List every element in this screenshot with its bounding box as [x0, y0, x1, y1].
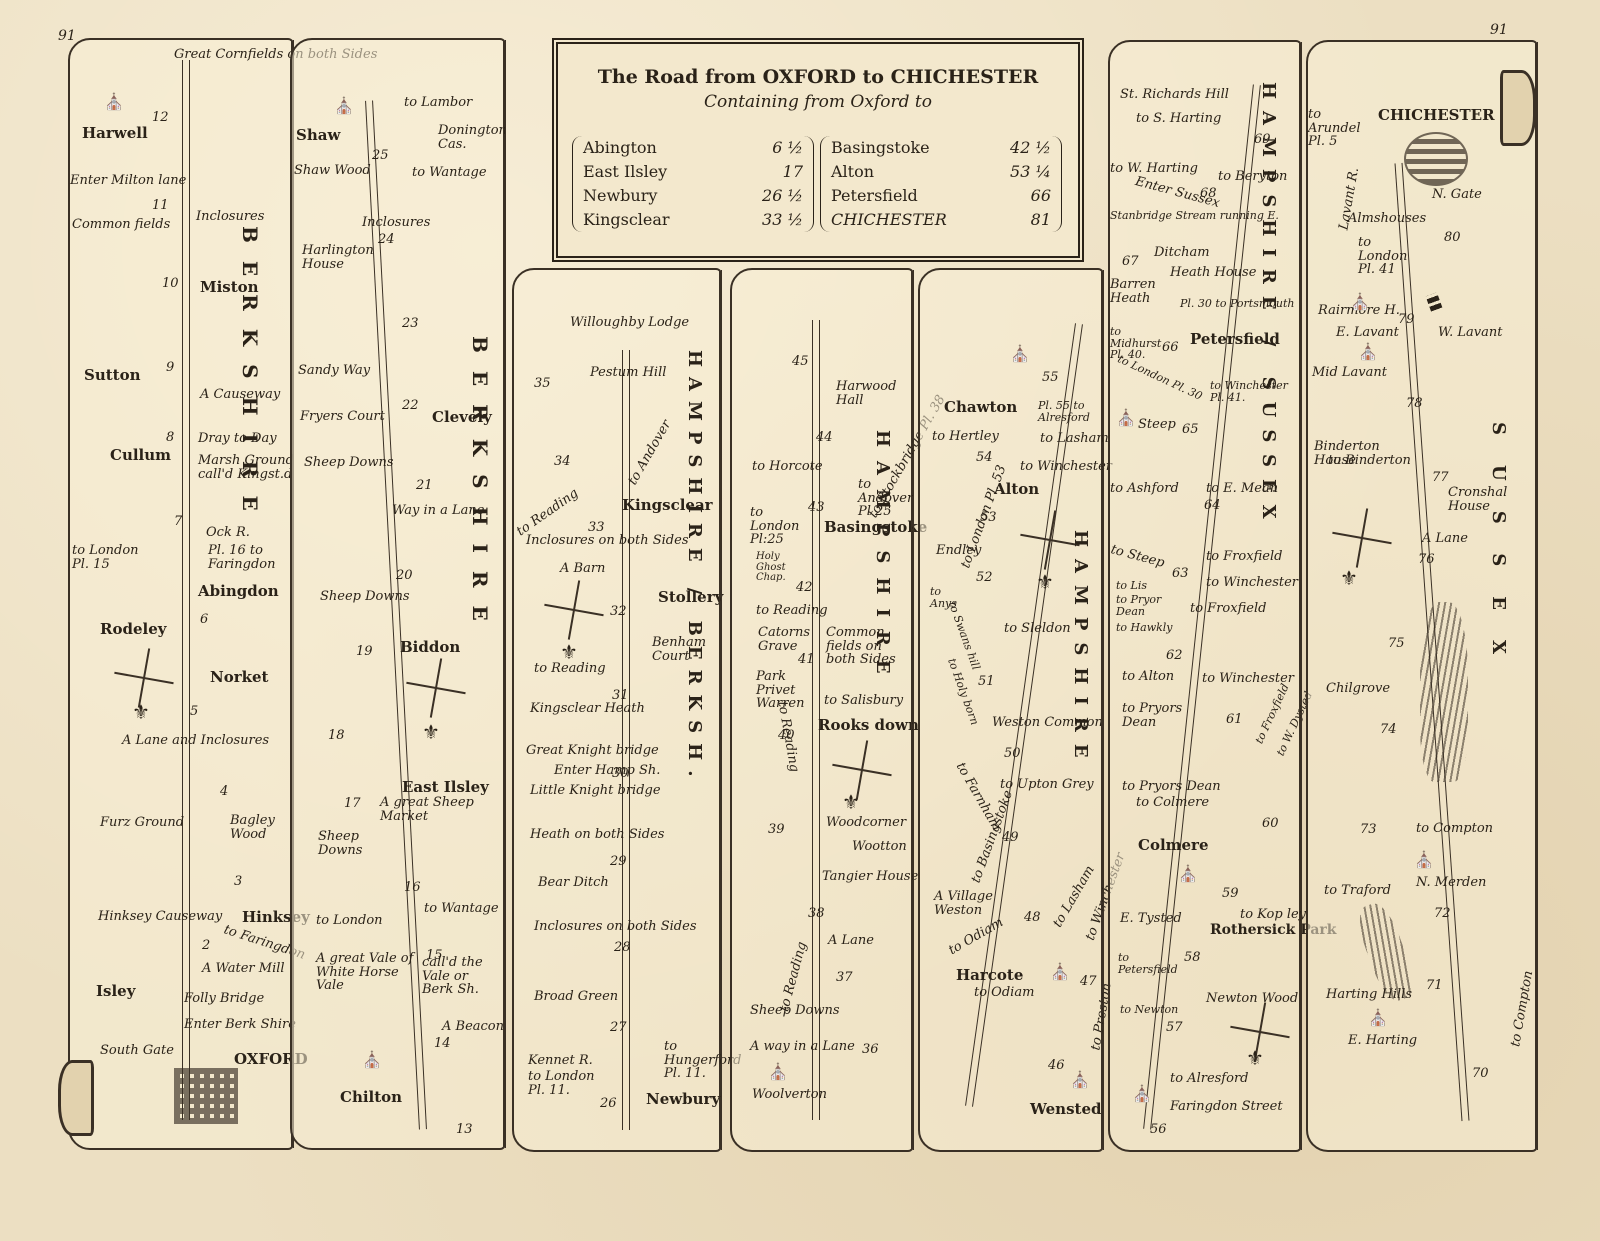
church-icon: ⛪ [1132, 1084, 1152, 1103]
church-icon: ⛪ [768, 1062, 788, 1081]
mile-marker: 59 [1222, 886, 1239, 901]
map-label: Harlington House [302, 244, 372, 271]
mile-marker: 57 [1166, 1020, 1183, 1035]
map-label: Heath House [1170, 266, 1256, 280]
distance-row: CHICHESTER81 [831, 208, 1051, 232]
map-label: to Lasham [1040, 432, 1109, 446]
town-label: Isley [96, 982, 135, 1000]
distance-table-left: Abington6 ½ East Ilsley17 Newbury26 ½ Ki… [572, 136, 814, 232]
map-label: Broad Green [534, 990, 618, 1004]
mile-marker: 42 [796, 580, 813, 595]
map-label: Sheep Downs [320, 590, 410, 604]
church-icon: ⛪ [334, 96, 354, 115]
town-label: Chilton [340, 1088, 402, 1106]
map-label: Folly Bridge [184, 992, 264, 1006]
mile-marker: 4 [220, 784, 228, 799]
map-label: call'd the Vale or Berk Sh. [422, 956, 502, 997]
map-label: E. Tysted [1120, 912, 1182, 926]
mile-marker: 66 [1162, 340, 1179, 355]
mile-marker: 55 [1042, 370, 1059, 385]
map-label: to Salisbury [824, 694, 903, 708]
map-label: Donington Cas. [438, 124, 498, 151]
town-label: Rooks down [818, 716, 919, 734]
map-label: Almshouses [1348, 212, 1426, 226]
mile-marker: 73 [1360, 822, 1377, 837]
mile-marker: 26 [600, 1096, 617, 1111]
map-label: Inclosures on both Sides [526, 534, 689, 548]
county-label: HAMPSHIRE [872, 430, 893, 688]
mile-marker: 7 [174, 514, 182, 529]
map-label: Mid Lavant [1312, 366, 1387, 380]
oxford-city-plan [174, 1068, 238, 1124]
mile-marker: 34 [554, 454, 571, 469]
mile-marker: 46 [1048, 1058, 1065, 1073]
town-label: Abingdon [198, 582, 279, 600]
map-label: Great Knight bridge [526, 744, 659, 758]
county-label: BERKSHIRE [238, 226, 262, 529]
hill-hachures [1420, 602, 1468, 782]
map-label: Harwood Hall [836, 380, 896, 407]
map-label: to Reading [515, 487, 581, 539]
mile-marker: 79 [1398, 312, 1415, 327]
map-label: Pl. 55 to Alresford [1038, 400, 1098, 423]
town-label: Colmere [1138, 836, 1209, 854]
map-label: to Winchester Pl. 41. [1210, 380, 1300, 403]
chichester-city-plan [1404, 132, 1468, 186]
map-label: Furz Ground [100, 816, 184, 830]
map-label: A Water Mill [202, 962, 285, 976]
map-label: to London [316, 914, 383, 928]
mile-marker: 67 [1122, 254, 1139, 269]
map-label: Catorns Grave [758, 626, 808, 653]
map-label: to Pryors Dean [1122, 780, 1221, 794]
town-label: CHICHESTER [1378, 106, 1495, 124]
map-label: Ditcham [1154, 246, 1210, 260]
map-label: to Hertley [932, 430, 999, 444]
map-label: to Compton [1416, 822, 1493, 836]
map-label: Bagley Wood [230, 814, 290, 841]
map-label: Sheep Downs [318, 830, 378, 857]
town-label: Harwell [82, 124, 148, 142]
mile-marker: 35 [534, 376, 551, 391]
church-icon: ⛪ [1178, 864, 1198, 883]
map-label: A great Sheep Market [380, 796, 500, 823]
mile-marker: 61 [1226, 712, 1243, 727]
church-icon: ⛪ [1368, 1008, 1388, 1027]
road-strip-5: ⛪ 55 Chawton Pl. 55 to Alresford to Hert… [918, 268, 1104, 1152]
road-strip-4: 45 Harwood Hall 44 to Horcote to Stockbr… [730, 268, 914, 1152]
road [622, 350, 630, 1130]
map-label: Woodcorner [826, 816, 906, 830]
mile-marker: 38 [808, 906, 825, 921]
mile-marker: 74 [1380, 722, 1397, 737]
county-label: HAMPSHIRE / BERKSH. [684, 350, 705, 786]
mile-marker: 17 [344, 796, 361, 811]
mile-marker: 24 [378, 232, 395, 247]
scroll-end-ornament [1500, 70, 1536, 146]
distance-table-right: Basingstoke42 ½ Alton53 ¼ Petersfield66 … [820, 136, 1062, 232]
map-label: to Lis [1116, 580, 1147, 592]
map-label: E. Harting [1348, 1034, 1417, 1048]
mile-marker: 52 [976, 570, 993, 585]
map-label: to Wantage [412, 166, 487, 180]
church-icon: ⛪ [1070, 1070, 1090, 1089]
map-label: to Kop ley [1240, 908, 1306, 922]
map-label: Common fields on both Sides [826, 626, 906, 667]
map-label: N. Gate [1432, 188, 1482, 202]
map-label: Endley [936, 544, 981, 558]
map-label: Faringdon Street [1170, 1100, 1283, 1114]
map-label: A Village Weston [934, 890, 994, 917]
distance-row: Kingsclear33 ½ [583, 208, 803, 232]
mile-marker: 51 [978, 674, 995, 689]
church-icon: ⛪ [362, 1050, 382, 1069]
mile-marker: 60 [1262, 816, 1279, 831]
map-label: Woolverton [752, 1088, 827, 1102]
map-label: St. Richards Hill [1120, 88, 1229, 102]
map-label: to Traford [1324, 884, 1391, 898]
mile-marker: 70 [1472, 1066, 1489, 1081]
map-label: to W. Harting [1110, 162, 1198, 176]
map-label: to Pryors Dean [1122, 702, 1202, 729]
map-label: A Beacon [442, 1020, 504, 1034]
town-label: Harcote [956, 966, 1023, 984]
map-label: to Horcote [752, 460, 823, 474]
mile-marker: 18 [328, 728, 345, 743]
map-label: Willoughby Lodge [570, 316, 689, 330]
map-label: Sandy Way [298, 364, 370, 378]
mile-marker: 19 [356, 644, 373, 659]
mile-marker: 64 [1204, 498, 1221, 513]
county-label: BERKSHIRE [468, 336, 492, 639]
map-label: E. Lavant [1336, 326, 1399, 340]
map-label: to Newton [1120, 1004, 1178, 1016]
map-label: A way in a Lane [750, 1040, 855, 1054]
map-label: W. Lavant [1438, 326, 1502, 340]
map-label: Enter Sussex [1134, 175, 1221, 211]
mile-marker: 22 [402, 398, 419, 413]
mile-marker: 23 [402, 316, 419, 331]
map-label: to Froxfield [1206, 550, 1282, 564]
map-label: Little Knight bridge [530, 784, 661, 798]
mile-marker: 32 [610, 604, 627, 619]
map-label: Holy Ghost Chap. [756, 552, 806, 584]
map-label: Inclosures on both Sides [534, 920, 697, 934]
fleur-de-lis-north-icon: ⚜ [1246, 1046, 1264, 1070]
distance-row: Petersfield66 [831, 184, 1051, 208]
map-label: to Petersfield [1118, 952, 1178, 975]
mile-marker: 21 [416, 478, 433, 493]
map-label: to Sleldon [1004, 622, 1071, 636]
map-label: to S. Harting [1136, 112, 1221, 126]
fleur-de-lis-north-icon: ⚜ [132, 700, 150, 724]
compass-rose-icon [832, 740, 892, 800]
map-label: Stanbridge Stream running E. [1110, 210, 1279, 222]
map-label: to Steep [1109, 543, 1166, 570]
map-label: Sheep Downs [304, 456, 394, 470]
scroll-end-ornament [58, 1060, 94, 1136]
mile-marker: 50 [1004, 746, 1021, 761]
mile-marker: 78 [1406, 396, 1423, 411]
mile-marker: 54 [976, 450, 993, 465]
mile-marker: 72 [1434, 906, 1451, 921]
mile-marker: 6 [200, 612, 208, 627]
map-label: Kennet R. [528, 1054, 593, 1068]
mile-marker: 56 [1150, 1122, 1167, 1137]
road-strip-6: St. Richards Hill to S. Harting 69 to W.… [1108, 40, 1302, 1152]
map-label: Wootton [852, 840, 907, 854]
map-label: Barren Heath [1110, 278, 1160, 305]
mile-marker: 29 [610, 854, 627, 869]
map-label: Pestum Hill [590, 366, 666, 380]
mile-marker: 25 [372, 148, 389, 163]
town-label: Wensted [1030, 1100, 1101, 1118]
mile-marker: 28 [614, 940, 631, 955]
map-label: Fryers Court [300, 410, 385, 424]
map-label: N. Merden [1416, 876, 1486, 890]
compass-rose-icon [544, 580, 604, 640]
mile-marker: 13 [456, 1122, 473, 1137]
mile-marker: 11 [152, 198, 169, 213]
town-label: Newbury [646, 1090, 720, 1108]
mile-marker: 62 [1166, 648, 1183, 663]
map-label: Inclosures [196, 210, 264, 224]
mile-marker: 48 [1024, 910, 1041, 925]
compass-rose-icon [114, 648, 174, 708]
church-icon: ⛪ [1350, 292, 1370, 311]
mile-marker: 36 [862, 1042, 879, 1057]
map-label: A Barn [560, 562, 605, 576]
map-label: to Andover [626, 418, 674, 487]
title-cartouche: The Road from OXFORD to CHICHESTER Conta… [552, 38, 1084, 262]
map-label: Heath on both Sides [530, 828, 664, 842]
county-label: HAMPSHIRE [1070, 530, 1091, 770]
mile-marker: 58 [1184, 950, 1201, 965]
mile-marker: 10 [162, 276, 179, 291]
map-title: The Road from OXFORD to CHICHESTER [558, 66, 1078, 88]
church-icon: ⛪ [1358, 342, 1378, 361]
map-label: Enter Milton lane [70, 174, 186, 188]
town-label: Chawton [944, 398, 1017, 416]
map-label: Inclosures [362, 216, 430, 230]
page-number-right: 91 [1490, 22, 1508, 38]
mile-marker: 49 [1002, 830, 1019, 845]
road-strip-1: Great Cornfields on both Sides ⛪ Harwell… [68, 38, 294, 1150]
distance-row: Newbury26 ½ [583, 184, 803, 208]
map-label: Hinksey Causeway [98, 910, 222, 924]
map-label: Pl. 16 to Faringdon [208, 544, 292, 571]
road-strip-3: Willoughby Lodge Pestum Hill 35 to Andov… [512, 268, 722, 1152]
road-strip-2: to Lambor ⛪ Shaw Donington Cas. 25 to Wa… [290, 38, 506, 1150]
church-icon: ⛪ [1116, 408, 1136, 427]
map-label: to Upton Grey [1000, 778, 1094, 792]
town-label: Rodeley [100, 620, 166, 638]
map-label: to Hawkly [1116, 622, 1173, 634]
distance-row: Alton53 ¼ [831, 160, 1051, 184]
map-label: Kingsclear Heath [530, 702, 645, 716]
map-label: to Reading [534, 662, 606, 676]
page-number-left: 91 [58, 28, 76, 44]
map-label: to Pryor Dean [1116, 594, 1166, 617]
map-label: to Ashford [1110, 482, 1179, 496]
mile-marker: 3 [234, 874, 242, 889]
mile-marker: 43 [808, 500, 825, 515]
map-label: to Alresford [1170, 1072, 1248, 1086]
map-label: A Lane and Inclosures [122, 734, 269, 748]
map-label: Sheep Downs [750, 1004, 840, 1018]
church-icon: ⛪ [1050, 962, 1070, 981]
mile-marker: 8 [166, 430, 174, 445]
mile-marker: 47 [1080, 974, 1097, 989]
fleur-de-lis-north-icon: ⚜ [842, 790, 860, 814]
mile-marker: 9 [166, 360, 174, 375]
distance-row: East Ilsley17 [583, 160, 803, 184]
map-label: to Compton [1509, 970, 1536, 1048]
fleur-de-lis-north-icon: ⚜ [1340, 566, 1358, 590]
mile-marker: 27 [610, 1020, 627, 1035]
mile-marker: 14 [434, 1036, 451, 1051]
map-label: Enter Berk Shire [184, 1018, 296, 1032]
map-label: A Lane [828, 934, 874, 948]
map-label: Chilgrove [1326, 682, 1390, 696]
mile-marker: 77 [1432, 470, 1449, 485]
map-subtitle: Containing from Oxford to [558, 92, 1078, 112]
town-label: Sutton [84, 366, 141, 384]
map-label: Harting Hills [1326, 988, 1412, 1002]
map-label: to Binderton [1328, 454, 1411, 468]
mile-marker: 2 [202, 938, 210, 953]
map-label: to Winchester [1020, 460, 1112, 474]
compass-rose-icon [406, 658, 466, 718]
town-label: Norket [210, 668, 268, 686]
map-label: Common fields [72, 218, 170, 232]
town-label: Biddon [400, 638, 460, 656]
road-strip-7: CHICHESTER to Arundel Pl. 5 N. Gate Lava… [1306, 40, 1538, 1152]
map-label: South Gate [100, 1044, 174, 1058]
church-icon: ⛪ [1414, 850, 1434, 869]
mile-marker: 65 [1182, 422, 1199, 437]
map-label: to London Pl:25 [750, 506, 810, 547]
map-label: to Reading [756, 604, 828, 618]
mile-marker: 53 [980, 510, 997, 525]
map-label: to Winchester [1206, 576, 1298, 590]
mile-marker: 44 [816, 430, 833, 445]
map-label: A great Vale of White Horse Vale [316, 952, 416, 993]
map-label: to Wantage [424, 902, 499, 916]
mile-marker: 20 [396, 568, 413, 583]
map-label: to Froxfield [1190, 602, 1266, 616]
map-label: to Lambor [404, 96, 472, 110]
county-label: HAMPSHIRE / SUSSEX [1258, 82, 1279, 531]
mile-marker: 71 [1426, 978, 1443, 993]
mile-marker: 63 [1172, 566, 1189, 581]
mile-marker: 45 [792, 354, 809, 369]
town-label: Cullum [110, 446, 171, 464]
distance-row: Basingstoke42 ½ [831, 136, 1051, 160]
map-label: to London Pl. 11. [528, 1070, 608, 1097]
map-label: Bear Ditch [538, 876, 609, 890]
town-label: East Ilsley [402, 778, 489, 796]
map-label: to Arundel Pl. 5 [1308, 108, 1368, 149]
map-label: to Hungerford Pl. 11. [664, 1040, 724, 1081]
mile-marker: 41 [798, 652, 815, 667]
map-label: to London Pl. 41 [1358, 236, 1418, 277]
map-label: to London Pl. 15 [72, 544, 152, 571]
mile-marker: 5 [190, 704, 198, 719]
fleur-de-lis-north-icon: ⚜ [1036, 570, 1054, 594]
mile-marker: 80 [1444, 230, 1461, 245]
fleur-de-lis-north-icon: ⚜ [422, 720, 440, 744]
map-label: A Lane [1422, 532, 1468, 546]
church-icon: ⛪ [104, 92, 124, 111]
map-label: to Odiam [947, 916, 1006, 958]
building-icon [1426, 292, 1443, 311]
mile-marker: 39 [768, 822, 785, 837]
road [182, 60, 190, 1120]
distance-row: Abington6 ½ [583, 136, 803, 160]
county-label: SUSSEX [1488, 422, 1509, 684]
mile-marker: 37 [836, 970, 853, 985]
mile-marker: 76 [1418, 552, 1435, 567]
compass-rose-icon [1332, 508, 1392, 568]
mile-marker: 12 [152, 110, 169, 125]
map-label: to Alton [1122, 670, 1174, 684]
map-label: Tangier House [822, 870, 918, 884]
map-label: to Colmere [1136, 796, 1209, 810]
map-label: Enter Hamp Sh. [554, 764, 660, 778]
map-label: Steep [1138, 418, 1176, 432]
mile-marker: 16 [404, 880, 421, 895]
town-label: Shaw [296, 126, 340, 144]
map-label: Shaw Wood [294, 164, 371, 178]
church-icon: ⛪ [1010, 344, 1030, 363]
mile-marker: 75 [1388, 636, 1405, 651]
map-label: to Odiam [974, 986, 1034, 1000]
